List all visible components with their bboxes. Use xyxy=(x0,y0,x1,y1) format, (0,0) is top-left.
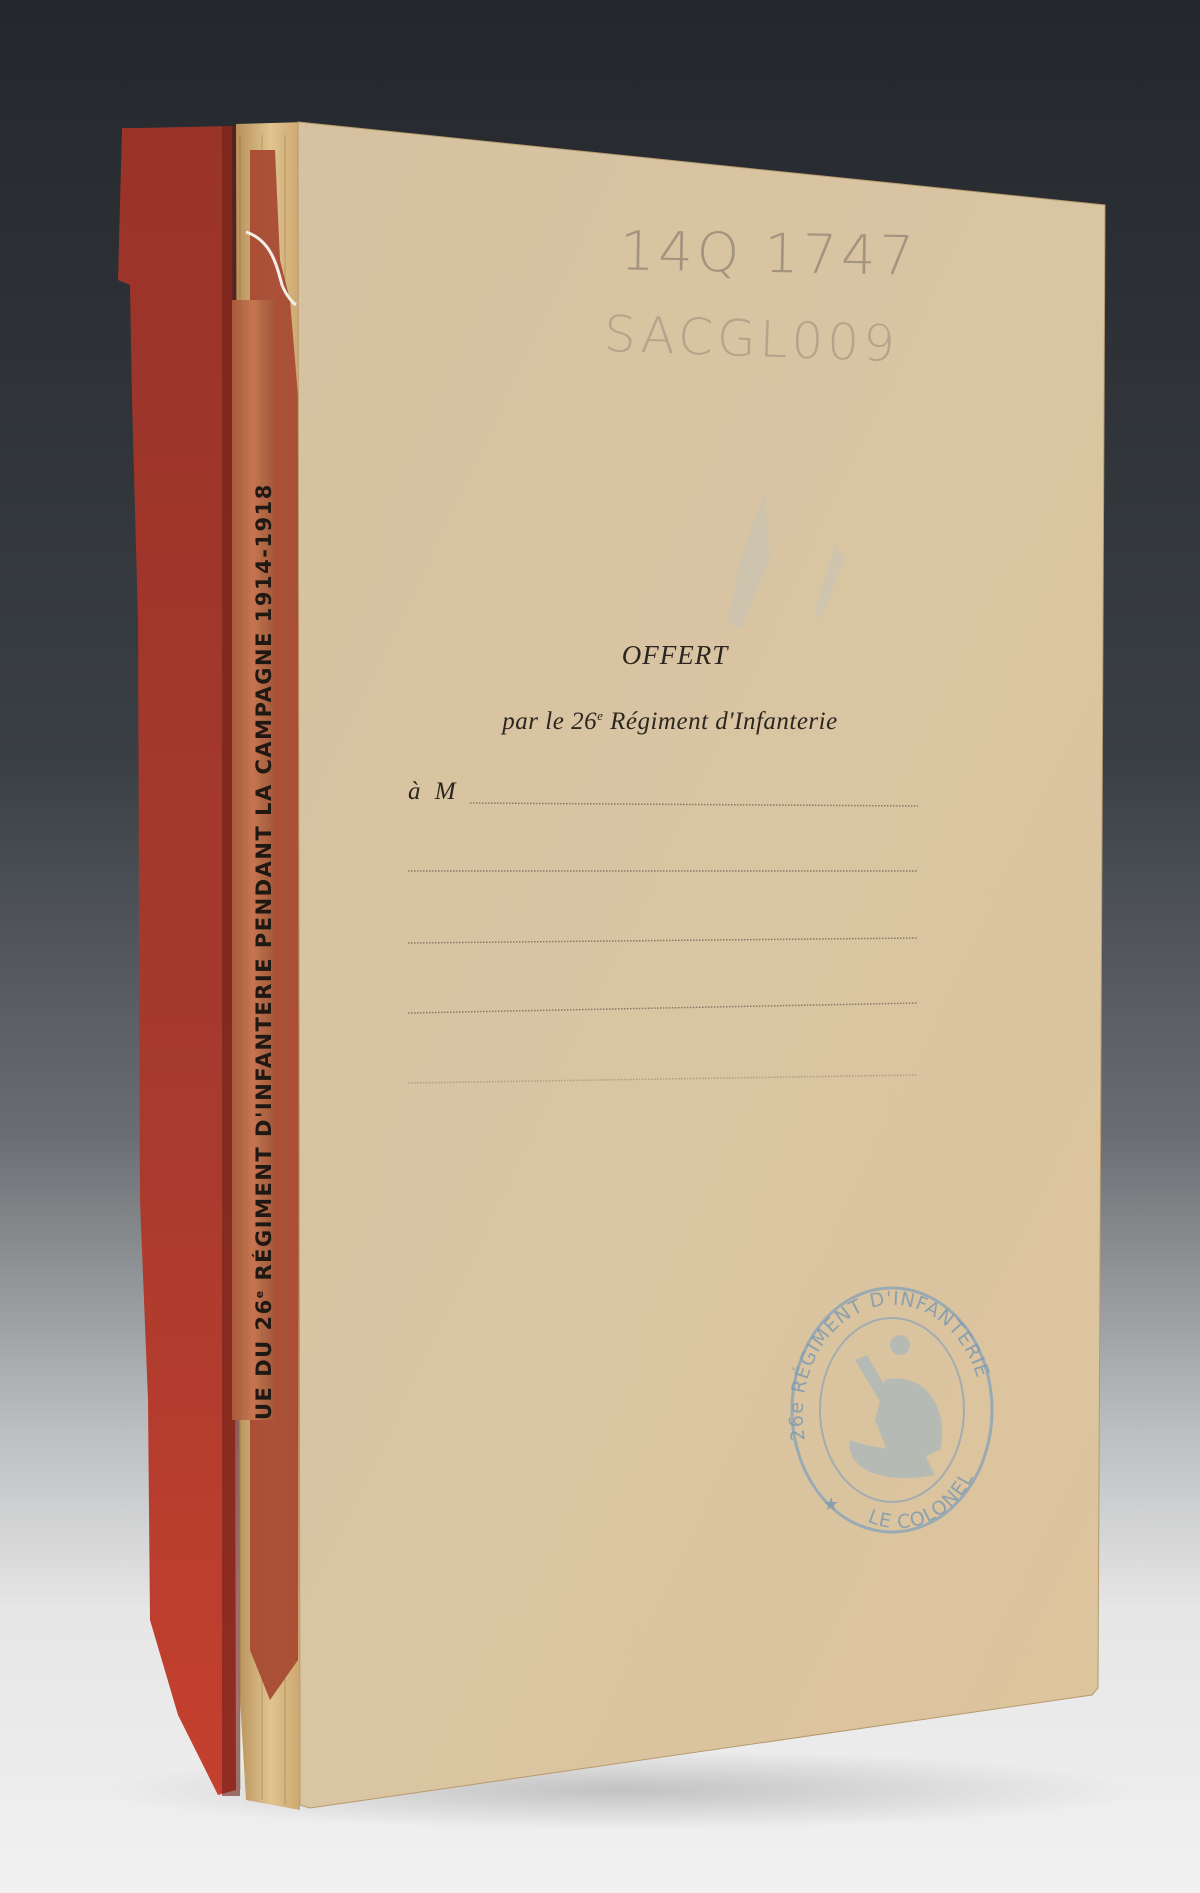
pencil-inventory-number: 14Q 1747 xyxy=(619,219,918,287)
spine-title: UE DU 26e RÉGIMENT D'INFANTERIE PENDANT … xyxy=(252,415,276,1420)
book-photo: 14Q 1747 SACGL009 OFFERT par le 26e Régi… xyxy=(0,0,1200,1893)
stamp-emblem-icon xyxy=(850,1335,943,1478)
book-illustration xyxy=(0,0,1200,1893)
flyleaf-page xyxy=(298,122,1105,1808)
dedication-line: par le 26e Régiment d'Infanterie xyxy=(70,708,1200,736)
stamp-star-icon: ★ xyxy=(823,1494,839,1514)
regimental-stamp: 26e RÉGIMENT D'INFANTERIE LE COLONEL ★ xyxy=(775,1270,1005,1540)
pencil-catalog-code: SACGL009 xyxy=(603,305,900,373)
red-back-cover xyxy=(118,126,236,1795)
recipient-label: à M xyxy=(408,778,456,806)
dedication-heading: OFFERT xyxy=(75,640,1200,671)
